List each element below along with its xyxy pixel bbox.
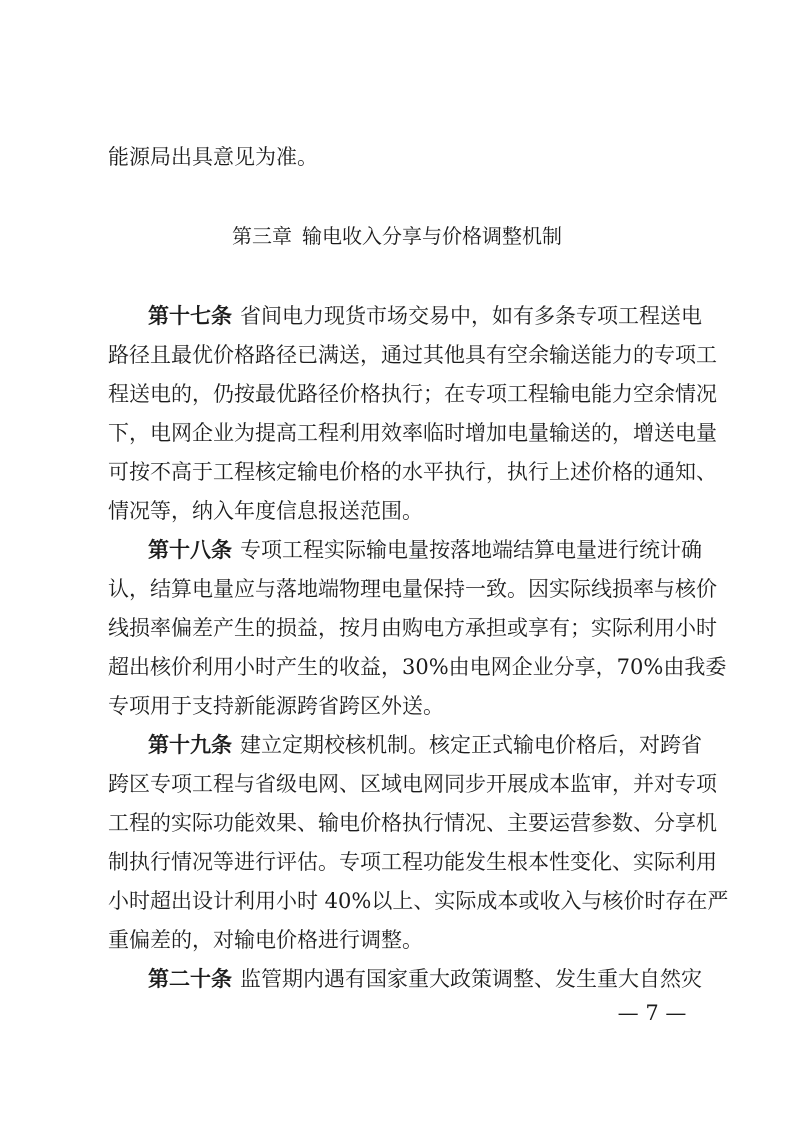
document-page: 能源局出具意见为准。 第三章输电收入分享与价格调整机制 第十七条省间电力现货市场… xyxy=(0,0,794,1123)
article-19-line-4: 制执行情况等进行评估。专项工程功能发生根本性变化、实际利用 xyxy=(108,847,688,877)
article-18-line-5: 专项用于支持新能源跨省跨区外送。 xyxy=(108,691,688,721)
article-20-line-1: 第二十条监管期内遇有国家重大政策调整、发生重大自然灾 xyxy=(148,964,688,994)
page-number: — 7 — xyxy=(612,998,692,1028)
article-18-line-3: 线损率偏差产生的损益，按月由购电方承担或享有；实际利用小时 xyxy=(108,613,688,643)
article-19-line-2: 跨区专项工程与省级电网、区域电网同步开展成本监审，并对专项 xyxy=(108,769,688,799)
article-19-line-1: 第十九条建立定期校核机制。核定正式输电价格后，对跨省 xyxy=(148,730,688,760)
article-19-line-6: 重偏差的，对输电价格进行调整。 xyxy=(108,925,688,955)
article-text: 监管期内遇有国家重大政策调整、发生重大自然灾 xyxy=(240,967,702,991)
article-label: 第十九条 xyxy=(148,733,232,757)
chapter-number: 第三章 xyxy=(232,224,292,248)
chapter-title: 输电收入分享与价格调整机制 xyxy=(302,224,562,248)
article-17-line-5: 可按不高于工程核定输电价格的水平执行，执行上述价格的通知、 xyxy=(108,457,688,487)
article-text: 专项工程实际输电量按落地端结算电量进行统计确 xyxy=(240,538,702,562)
article-17-line-3: 程送电的，仍按最优路径价格执行；在专项工程输电能力空余情况 xyxy=(108,379,688,409)
carryover-text: 能源局出具意见为准。 xyxy=(108,142,688,172)
article-18-line-4: 超出核价利用小时产生的收益，30%由电网企业分享，70%由我委 xyxy=(108,652,688,682)
chapter-heading: 第三章输电收入分享与价格调整机制 xyxy=(0,221,794,251)
article-17-line-6: 情况等，纳入年度信息报送范围。 xyxy=(108,496,688,526)
article-17-line-4: 下，电网企业为提高工程利用效率临时增加电量输送的，增送电量 xyxy=(108,418,688,448)
article-18-line-1: 第十八条专项工程实际输电量按落地端结算电量进行统计确 xyxy=(148,535,688,565)
article-17-line-2: 路径且最优价格路径已满送，通过其他具有空余输送能力的专项工 xyxy=(108,340,688,370)
article-label: 第二十条 xyxy=(148,967,232,991)
article-17-line-1: 第十七条省间电力现货市场交易中，如有多条专项工程送电 xyxy=(148,301,688,331)
article-text: 建立定期校核机制。核定正式输电价格后，对跨省 xyxy=(240,733,702,757)
article-label: 第十八条 xyxy=(148,538,232,562)
article-18-line-2: 认，结算电量应与落地端物理电量保持一致。因实际线损率与核价 xyxy=(108,574,688,604)
article-text: 省间电力现货市场交易中，如有多条专项工程送电 xyxy=(240,304,702,328)
article-19-line-3: 工程的实际功能效果、输电价格执行情况、主要运营参数、分享机 xyxy=(108,808,688,838)
article-label: 第十七条 xyxy=(148,304,232,328)
article-19-line-5: 小时超出设计利用小时 40%以上、实际成本或收入与核价时存在严 xyxy=(108,886,688,916)
